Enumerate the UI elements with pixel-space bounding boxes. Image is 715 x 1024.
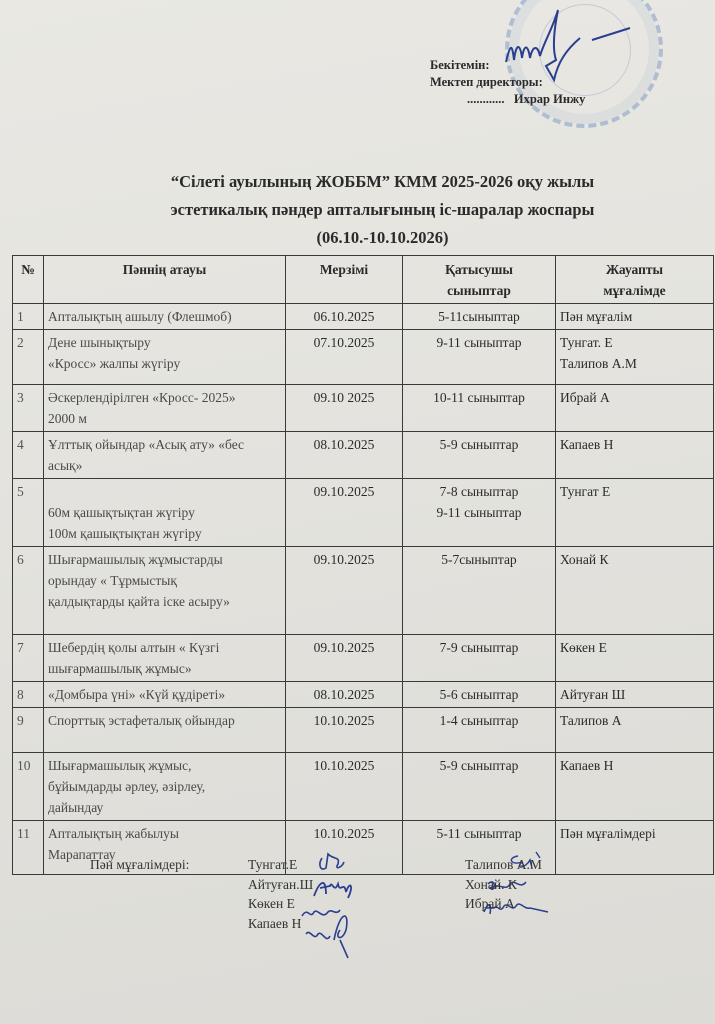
event-name-line: Әскерлендірілген «Кросс- 2025» [48,387,281,408]
row-number: 2 [13,330,44,385]
table-row: 4Ұлттық ойындар «Асық ату» «бесасық»08.1… [13,432,714,479]
row-number: 11 [13,821,44,875]
table-row: 9Спорттық эстафеталық ойындар10.10.20251… [13,708,714,753]
participating-classes-line: 10-11 сыныптар [407,387,551,408]
row-number: 10 [13,753,44,821]
participating-classes: 5-6 сыныптар [403,682,556,708]
participating-classes: 7-8 сыныптар9-11 сыныптар [403,479,556,547]
table-row: 3Әскерлендірілген «Кросс- 2025»2000 м09.… [13,385,714,432]
event-date: 09.10.2025 [286,635,403,682]
director-name: Ихрар Инжу [514,92,586,106]
event-date: 09.10 2025 [286,385,403,432]
responsible-teacher: Капаев Н [556,432,714,479]
header-classes-line1: Қатысушы [407,259,551,280]
table-row: 2Дене шынықтыру«Кросс» жалпы жүгіру07.10… [13,330,714,385]
approval-label: Бекітемін: [430,57,585,74]
teacher-name: Айтуған.Ш [248,875,313,895]
event-date: 10.10.2025 [286,753,403,821]
event-date: 09.10.2025 [286,547,403,635]
row-number: 7 [13,635,44,682]
director-name-line: ............ Ихрар Инжу [430,91,585,108]
row-number: 9 [13,708,44,753]
event-name: Дене шынықтыру«Кросс» жалпы жүгіру [44,330,286,385]
header-subject-name: Пәннің атауы [44,256,286,304]
participating-classes: 1-4 сыныптар [403,708,556,753]
participating-classes-line: 5-9 сыныптар [407,434,551,455]
responsible-teacher-line: Тунгат Е [560,481,709,502]
event-date: 06.10.2025 [286,304,403,330]
table-row: 1Апталықтың ашылу (Флешмоб)06.10.20255-1… [13,304,714,330]
event-name: Шығармашылық жұмыс,бұйымдарды әрлеу, әзі… [44,753,286,821]
event-name-line: «Кросс» жалпы жүгіру [48,353,281,374]
table-body: 1Апталықтың ашылу (Флешмоб)06.10.20255-1… [13,304,714,875]
participating-classes-line: 5-11 сыныптар [407,823,551,844]
responsible-teacher: Хонай К [556,547,714,635]
header-date: Мерзімі [286,256,403,304]
event-name-line: Шығармашылық жұмыс, [48,755,281,776]
responsible-teacher-line: Көкен Е [560,637,709,658]
event-name: 60м қашықтықтан жүгіру100м қашықтықтан ж… [44,479,286,547]
participating-classes-line: 5-11сыныптар [407,306,551,327]
responsible-teacher: Капаев Н [556,753,714,821]
table-row: 5 60м қашықтықтан жүгіру100м қашықтықтан… [13,479,714,547]
row-number: 6 [13,547,44,635]
participating-classes-line: 9-11 сыныптар [407,332,551,353]
responsible-teacher-line: Хонай К [560,549,709,570]
event-name: Әскерлендірілген «Кросс- 2025»2000 м [44,385,286,432]
teacher-name: Ибрай А [465,894,542,914]
event-name: Спорттық эстафеталық ойындар [44,708,286,753]
teacher-name: Талипов А.М [465,855,542,875]
event-name-line: 60м қашықтықтан жүгіру [48,502,281,523]
participating-classes: 7-9 сыныптар [403,635,556,682]
row-number: 3 [13,385,44,432]
event-name: Шебердің қолы алтын « Күзгішығармашылық … [44,635,286,682]
participating-classes: 5-11сыныптар [403,304,556,330]
responsible-teacher-line: Талипов А.М [560,353,709,374]
participating-classes-line: 5-7сыныптар [407,549,551,570]
teacher-name: Көкен Е [248,894,313,914]
event-name-line: Апталықтың ашылу (Флешмоб) [48,306,281,327]
header-teacher-line1: Жауапты [560,259,709,280]
event-date: 07.10.2025 [286,330,403,385]
participating-classes-line: 5-9 сыныптар [407,755,551,776]
event-name-line: Шебердің қолы алтын « Күзгі [48,637,281,658]
participating-classes: 10-11 сыныптар [403,385,556,432]
event-name-line: шығармашылық жұмыс» [48,658,281,679]
participating-classes: 5-9 сыныптар [403,432,556,479]
responsible-teacher-line: Пән мұғалімдері [560,823,709,844]
approval-block: Бекітемін: Мектеп директоры: ...........… [430,57,585,108]
responsible-teacher-line: Тунгат. Е [560,332,709,353]
event-date: 08.10.2025 [286,432,403,479]
director-title: Мектеп директоры: [430,74,585,91]
event-name-line: Шығармашылық жұмыстарды [48,549,281,570]
responsible-teacher-line: Капаев Н [560,434,709,455]
responsible-teacher: Айтуған Ш [556,682,714,708]
row-number: 5 [13,479,44,547]
event-name-line: «Домбыра үні» «Күй құдіреті» [48,684,281,705]
responsible-teacher: Ибрай А [556,385,714,432]
table-row: 10Шығармашылық жұмыс,бұйымдарды әрлеу, ә… [13,753,714,821]
event-name-line: қалдықтарды қайта іске асыру» [48,591,281,612]
responsible-teacher: Талипов А [556,708,714,753]
header-classes: Қатысушысыныптар [403,256,556,304]
responsible-teacher-line: Ибрай А [560,387,709,408]
participating-classes: 5-9 сыныптар [403,753,556,821]
event-name-line: асық» [48,455,281,476]
header-number: № [13,256,44,304]
title-line-2: эстетикалық пәндер апталығының іс-шарала… [0,196,715,224]
participating-classes: 9-11 сыныптар [403,330,556,385]
event-name: Апталықтың ашылу (Флешмоб) [44,304,286,330]
event-date: 08.10.2025 [286,682,403,708]
event-name-line: Апталықтың жабылуы [48,823,281,844]
footer-signatures [300,850,600,960]
signature-dots: ............ [467,92,505,106]
events-plan-table: № Пәннің атауы Мерзімі Қатысушысыныптар … [12,255,714,875]
title-line-3: (06.10.-10.10.2026) [0,224,715,252]
row-number: 8 [13,682,44,708]
participating-classes-line: 7-8 сыныптар [407,481,551,502]
event-name-line: 100м қашықтықтан жүгіру [48,523,281,544]
table-row: 8«Домбыра үні» «Күй құдіреті»08.10.20255… [13,682,714,708]
participating-classes-line: 1-4 сыныптар [407,710,551,731]
signature-tungat [320,854,344,869]
event-date: 09.10.2025 [286,479,403,547]
teachers-column-2: Талипов А.М Хонай. К Ибрай А [465,855,542,914]
row-number: 4 [13,432,44,479]
responsible-teacher: Тунгат Е [556,479,714,547]
responsible-teacher-line: Айтуған Ш [560,684,709,705]
teachers-label: Пән мұғалімдері: [90,855,189,875]
table-row: 6Шығармашылық жұмыстардыорындау « Тұрмыс… [13,547,714,635]
responsible-teacher: Тунгат. ЕТалипов А.М [556,330,714,385]
teachers-column-1: Тунгат.Е Айтуған.Ш Көкен Е Капаев Н [248,855,313,933]
responsible-teacher-line: Капаев Н [560,755,709,776]
event-name: Шығармашылық жұмыстардыорындау « Тұрмыст… [44,547,286,635]
title-line-1: “Сілеті ауылының ЖОББМ” КММ 2025-2026 оқ… [0,168,715,196]
header-teacher: Жауаптымұғалімде [556,256,714,304]
participating-classes-line: 7-9 сыныптар [407,637,551,658]
responsible-teacher: Көкен Е [556,635,714,682]
participating-classes-line: 5-6 сыныптар [407,684,551,705]
participating-classes: 5-7сыныптар [403,547,556,635]
participating-classes-line: 9-11 сыныптар [407,502,551,523]
event-name-line: дайындау [48,797,281,818]
event-name-line: 2000 м [48,408,281,429]
event-name-line: Спорттық эстафеталық ойындар [48,710,281,731]
event-name: «Домбыра үні» «Күй құдіреті» [44,682,286,708]
event-name: Ұлттық ойындар «Асық ату» «бесасық» [44,432,286,479]
table-row: 7 Шебердің қолы алтын « Күзгішығармашылы… [13,635,714,682]
responsible-teacher-line: Пән мұғалім [560,306,709,327]
document-title: “Сілеті ауылының ЖОББМ” КММ 2025-2026 оқ… [0,168,715,252]
responsible-teacher-line: Талипов А [560,710,709,731]
signature-aitugan [314,883,351,898]
table-header-row: № Пәннің атауы Мерзімі Қатысушысыныптар … [13,256,714,304]
header-classes-line2: сыныптар [407,280,551,301]
teacher-name: Тунгат.Е [248,855,313,875]
teacher-name: Капаев Н [248,914,313,934]
event-name-line [48,481,281,502]
event-name-line: орындау « Тұрмыстық [48,570,281,591]
responsible-teacher: Пән мұғалім [556,304,714,330]
event-name-line: Дене шынықтыру [48,332,281,353]
event-name-line: Ұлттық ойындар «Асық ату» «бес [48,434,281,455]
row-number: 1 [13,304,44,330]
header-teacher-line2: мұғалімде [560,280,709,301]
event-name-line: бұйымдарды әрлеу, әзірлеу, [48,776,281,797]
teacher-name: Хонай. К [465,875,542,895]
event-date: 10.10.2025 [286,708,403,753]
